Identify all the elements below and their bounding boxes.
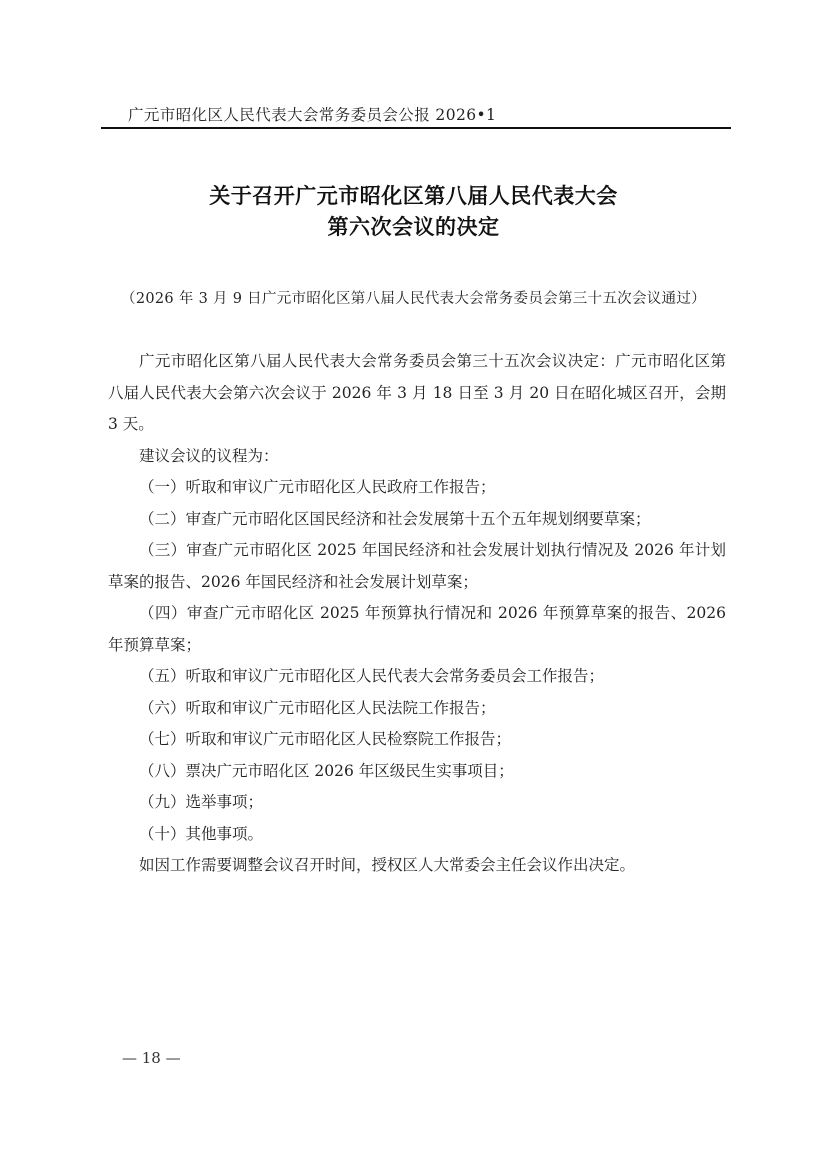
- agenda-item-1: （一）听取和审议广元市昭化区人民政府工作报告；: [108, 472, 726, 504]
- header-rule: [101, 127, 731, 129]
- agenda-item-9: （九）选举事项；: [108, 787, 726, 819]
- agenda-intro: 建议会议的议程为：: [108, 441, 726, 473]
- adoption-note: （2026 年 3 月 9 日广元市昭化区第八届人民代表大会常务委员会第三十五次…: [0, 287, 827, 308]
- agenda-item-10: （十）其他事项。: [108, 819, 726, 851]
- agenda-item-8: （八）票决广元市昭化区 2026 年区级民生实事项目；: [108, 756, 726, 788]
- agenda-item-4: （四）审查广元市昭化区 2025 年预算执行情况和 2026 年预算草案的报告、…: [108, 598, 726, 661]
- agenda-item-7: （七）听取和审议广元市昭化区人民检察院工作报告；: [108, 724, 726, 756]
- agenda-item-2: （二）审查广元市昭化区国民经济和社会发展第十五个五年规划纲要草案；: [108, 504, 726, 536]
- agenda-item-6: （六）听取和审议广元市昭化区人民法院工作报告；: [108, 693, 726, 725]
- body-text: 广元市昭化区第八届人民代表大会常务委员会第三十五次会议决定：广元市昭化区第八届人…: [108, 346, 726, 882]
- closing-paragraph: 如因工作需要调整会议召开时间，授权区人大常委会主任会议作出决定。: [108, 850, 726, 882]
- agenda-item-5: （五）听取和审议广元市昭化区人民代表大会常务委员会工作报告；: [108, 661, 726, 693]
- decision-paragraph: 广元市昭化区第八届人民代表大会常务委员会第三十五次会议决定：广元市昭化区第八届人…: [108, 346, 726, 441]
- agenda-item-3: （三）审查广元市昭化区 2025 年国民经济和社会发展计划执行情况及 2026 …: [108, 535, 726, 598]
- title-line-1: 关于召开广元市昭化区第八届人民代表大会: [0, 181, 827, 212]
- document-title: 关于召开广元市昭化区第八届人民代表大会 第六次会议的决定: [0, 181, 827, 243]
- document-page: 广元市昭化区人民代表大会常务委员会公报 2026•1 关于召开广元市昭化区第八届…: [0, 0, 827, 1170]
- page-number: — 18 —: [122, 1049, 181, 1067]
- running-header: 广元市昭化区人民代表大会常务委员会公报 2026•1: [128, 103, 496, 125]
- title-line-2: 第六次会议的决定: [0, 212, 827, 243]
